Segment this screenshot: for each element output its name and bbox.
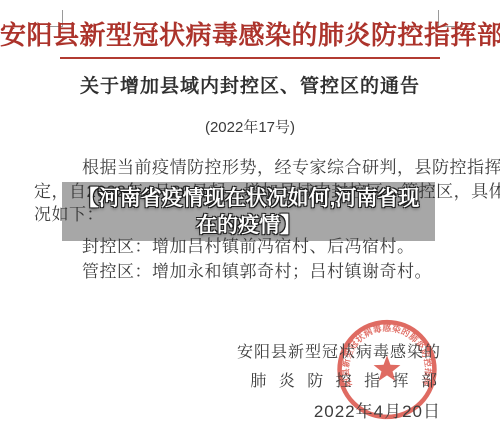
caption-line-2: 在的疫情】 bbox=[196, 212, 301, 239]
caption-overlay-bar: 【河南省疫情现在状况如何,河南省现 在的疫情】 bbox=[62, 182, 435, 241]
caption-line-1: 【河南省疫情现在状况如何,河南省现 bbox=[78, 185, 420, 212]
body-paragraph-line-1: 根据当前疫情防控形势，经专家综合研判，县防控指挥部决 bbox=[34, 159, 494, 177]
doc-number: (2022年17号) bbox=[0, 116, 500, 137]
signature-org-line-2: 肺 炎 防 控 指 挥 部 bbox=[250, 368, 441, 391]
notice-title: 关于增加县域内封控区、管控区的通告 bbox=[0, 71, 500, 98]
signature-org-line-1: 安阳县新型冠状病毒感染的 bbox=[237, 339, 441, 362]
notice-document: 安阳县新型冠状病毒感染的肺炎防控指挥部 关于增加县域内封控区、管控区的通告 (2… bbox=[0, 0, 500, 427]
signature-date: 2022年4月20日 bbox=[314, 397, 441, 422]
control-zone-line: 管控区：增加永和镇郭奇村；吕村镇谢奇村。 bbox=[34, 263, 494, 281]
issuing-org-header: 安阳县新型冠状病毒感染的肺炎防控指挥部 bbox=[0, 20, 500, 52]
header-underline bbox=[60, 57, 440, 59]
